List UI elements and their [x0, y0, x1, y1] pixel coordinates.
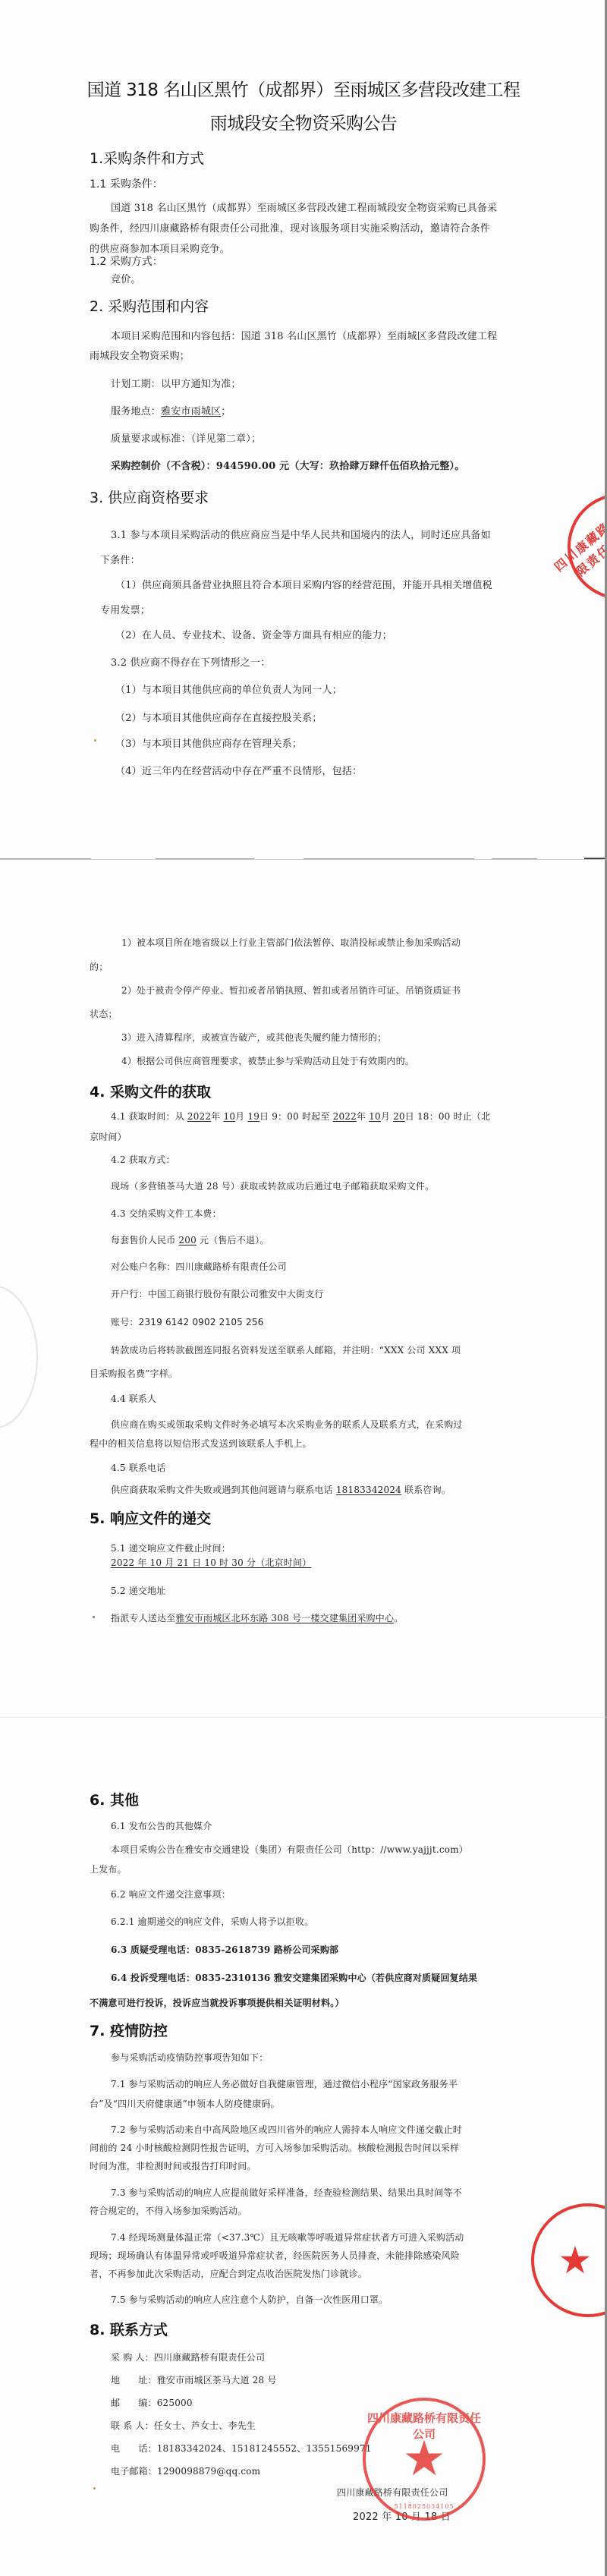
unit-month: 月 [235, 1111, 244, 1122]
start-day: 19 [247, 1111, 259, 1122]
exclusion-1: （1）与本项目其他供应商的单位负责人为同一人； [115, 682, 342, 696]
contact-note: 程中的相关信息将以短信形式发送到该联系人手机上。 [90, 1437, 312, 1450]
requirement-1: （1）供应商须具备营业执照且符合本项目采购内容的经营范围，并能开具相关增值税 [115, 577, 492, 591]
contact-phone-prefix: 供应商获取采购文件失败或遇到其他问题请与联系电话 [111, 1485, 336, 1495]
scope-text: 雨城段安全物资采购； [90, 348, 190, 362]
location-value: 雅安市雨城区 [161, 406, 221, 417]
account-name: 四川康藏路桥有限责任公司 [175, 1261, 286, 1272]
fee-suffix: 元（售后不退）。 [197, 1235, 269, 1245]
section-3-1-text: 下条件： [100, 552, 140, 566]
scope-text: 本项目采购范围和内容包括：国道 318 名山区黑竹（成都界）至雨城区多营段改建工… [111, 328, 497, 342]
contact-person-label: 联 系 人： [111, 2420, 154, 2431]
email-row: 电子邮箱：1290098879@qq.com [111, 2464, 260, 2477]
account-number: 2319 6142 0902 2105 256 [139, 1317, 264, 1327]
account-number-row: 账号：2319 6142 0902 2105 256 [111, 1315, 264, 1328]
section-8-heading: 8. 联系方式 [90, 2319, 168, 2339]
phone-row: 电 话：18183342024、15181245552、13551569971 [111, 2442, 372, 2455]
seal-star-icon: ★ [402, 2435, 445, 2483]
bad-conduct-2: 状态； [90, 1007, 118, 1020]
account-number-label: 账号： [111, 1317, 139, 1327]
postcode-row: 邮 编：625000 [111, 2396, 193, 2409]
section-3-2-text: 3.2 供应商不得存在下列情形之一： [111, 654, 270, 669]
schedule-row: 计划工期：以甲方通知为准； [111, 376, 241, 390]
seal-text: 四川康藏路桥有限责任公司 [549, 499, 607, 590]
end-month: 10 [369, 1111, 381, 1122]
company-seal: 四川康藏路桥有限责任公司 ★ 5118025034105 [363, 2398, 486, 2521]
epidemic-rule-2: 间前的 24 小时核酸检测阴性报告证明，方可入场参加采购活动。核酸检测报告时间以… [90, 2141, 459, 2154]
bank-label: 开户行： [111, 1289, 148, 1299]
section-4-4-label: 4.4 联系人 [111, 1392, 156, 1405]
email-label: 电子邮箱： [111, 2466, 157, 2477]
seal-star-icon: ★ [558, 2241, 593, 2279]
price-row: 采购控制价（不含税）：944590.00 元（大写：玖拾肆万肆仟伍佰玖拾元整）。 [111, 458, 464, 472]
company-seal-partial: 四川康藏路桥有限责任公司 [568, 493, 607, 600]
bad-conduct-1: 1）被本项目所在地省级以上行业主管部门依法暂停、取消投标或禁止参加采购活动 [121, 936, 461, 949]
bad-conduct-1: 的； [90, 960, 108, 973]
location-suffix: ； [221, 406, 231, 417]
location-label: 服务地点： [111, 406, 161, 417]
exclusion-2: （2）与本项目其他供应商存在直接控股关系； [115, 710, 322, 724]
epidemic-rule-3: 7.3 参与采购活动的响应人应提前做好采样准备，经查验检测结果、结果出具时间等不 [111, 2186, 462, 2199]
section-4-2-label: 4.2 获取方式： [111, 1153, 175, 1166]
address-row: 地 址：雅安市雨城区茶马大道 28 号 [111, 2373, 277, 2386]
section-6-1-label: 6.1 发布公告的其他媒介 [111, 1819, 212, 1832]
requirement-2: （2）在人员、专业技术、设备、资金等方面具有相应的能力； [115, 627, 392, 641]
fee-row: 每套售价人民币 200 元（售后不退）。 [111, 1233, 269, 1246]
end-year: 2022 [333, 1111, 357, 1122]
start-year: 2022 [187, 1111, 211, 1122]
submission-address-prefix: 指派专人送达至 [111, 1613, 175, 1623]
start-month: 10 [223, 1111, 235, 1122]
contact-phone: 18183342024 [336, 1485, 401, 1495]
section-3-heading: 3. 供应商资格要求 [90, 487, 209, 507]
seal-code: 5118025034105 [366, 2503, 483, 2510]
acquisition-time: 4.1 获取时间：从 2022年 10月 19日 9：00 时起至 2022年 … [111, 1110, 490, 1123]
section-4-heading: 4. 采购文件的获取 [90, 1081, 211, 1101]
fee-prefix: 每套售价人民币 [111, 1235, 178, 1245]
complaint-phone: 不满意可进行投诉，投诉应当就投诉事项提供相关证明材料。） [90, 1996, 344, 2009]
submission-address-suffix: 。 [394, 1613, 403, 1623]
phone-label: 电 话： [111, 2443, 157, 2454]
purchaser-row: 采 购 人：四川康藏路桥有限责任公司 [111, 2351, 265, 2363]
section-3-1-text: 3.1 参与本项目采购活动的供应商应当是中华人民共和国境内的法人，同时还应具备如 [111, 527, 491, 541]
unit-day: 日 [405, 1111, 414, 1122]
section-2-heading: 2. 采购范围和内容 [90, 295, 209, 316]
contact-person-row: 联 系 人：任女士、芦女士、李先生 [111, 2419, 256, 2432]
epidemic-rule-1: 台”及“四川天府健康通”申领本人防疫健康码。 [90, 2097, 280, 2110]
acquisition-method: 现场（多营镇茶马大道 28 号）获取或转款成功后通过电子邮箱获取采购文件。 [111, 1179, 434, 1192]
section-1-1-label: 1.1 采购条件： [90, 176, 163, 191]
late-submission-note: 6.2.1 逾期递交的响应文件，采购人将予以拒收。 [111, 1915, 313, 1928]
section-6-heading: 6. 其他 [90, 1789, 139, 1809]
section-1-1-text: 国道 318 名山区黑竹（成都界）至雨城区多营段改建工程雨城段安全物资采购已具备… [111, 200, 497, 214]
contact-note: 供应商在购买或领取采购文件时务必填写本次采购业务的联系人及联系方式，在采购过 [111, 1418, 463, 1431]
epidemic-rule-1: 7.1 参与采购活动的响应人务必做好自我健康管理，通过微信小程序“国家政务服务平 [111, 2077, 458, 2090]
location-row: 服务地点：雅安市雨城区； [111, 403, 231, 417]
requirement-1: 专用发票； [100, 602, 150, 616]
section-1-1-text: 购条件，经四川康藏路桥有限责任公司批准，现对该服务项目实施采购活动，邀请符合条件 [90, 220, 490, 235]
bad-conduct-4: 4）根据公司供应商管理要求，被禁止参与采购活动且处于有效期内的。 [121, 1054, 414, 1067]
acquisition-time: 京时间） [90, 1130, 127, 1143]
section-1-heading: 1.采购条件和方式 [90, 147, 204, 168]
submission-address: 雅安市雨城区北环东路 308 号一楼交建集团采购中心 [175, 1613, 394, 1623]
epidemic-rule-4: 7.4 经现场测量体温正常（<37.3℃）且无咳嗽等呼吸道异常症状者方可进入采购… [111, 2231, 464, 2244]
scan-speck [94, 739, 96, 742]
section-1-2-value: 竞价。 [111, 271, 141, 285]
quality-row: 质量要求或标准：（详见第二章）； [111, 430, 261, 445]
complaint-phone: 6.4 投诉受理电话：0835-2310136 雅安交建集团采购中心（若供应商对… [111, 1971, 477, 1984]
section-6-2-label: 6.2 响应文件递交注意事项： [111, 1888, 231, 1901]
scan-speck [93, 1616, 95, 1618]
document-page-1: 国道 318 名山区黑竹（成都界）至雨城区多营段改建工程 雨城段安全物资采购公告… [0, 0, 607, 859]
schedule-label: 计划工期： [111, 379, 161, 390]
unit-day: 日 [259, 1111, 269, 1122]
epidemic-rule-3: 符合规定的，不得入场参加采购活动。 [90, 2204, 247, 2217]
document-title-line-2: 雨城段安全物资采购公告 [0, 109, 607, 134]
document-title-line-1: 国道 318 名山区黑竹（成都界）至雨城区多营段改建工程 [0, 76, 607, 101]
end-time: 18：00 时止（北 [417, 1111, 490, 1122]
section-5-heading: 5. 响应文件的递交 [90, 1507, 211, 1528]
exclusion-3: （3）与本项目其他供应商存在管理关系； [115, 735, 302, 750]
epidemic-rule-4: 者，不再参加此次采购活动，应配合到定点收治医院发热门诊就诊。 [90, 2267, 367, 2280]
purchaser-label: 采 购 人： [111, 2352, 154, 2363]
section-5-1-label: 5.1 递交响应文件截止时间： [111, 1542, 231, 1554]
document-page-2: 1）被本项目所在地省级以上行业主管部门依法暂停、取消投标或禁止参加采购活动 的；… [0, 859, 607, 1717]
email-value: 1290098879@qq.com [157, 2466, 260, 2477]
bank-row: 开户行：中国工商银行股份有限公司雅安中大街支行 [111, 1287, 324, 1300]
contact-phone-suffix: 联系咨询。 [401, 1485, 451, 1495]
epidemic-rule-2: 时间为准，非检测时间或报告打印时间。 [90, 2159, 256, 2172]
faint-seal-impression [0, 1285, 38, 1429]
inquiry-phone: 6.3 质疑受理电话：0835-2618739 路桥公司采购部 [111, 1943, 338, 1956]
epidemic-rule-5: 7.5 参与采购活动的响应人应注意个人防护，自备一次性医用口罩。 [111, 2293, 388, 2306]
postcode-label: 邮 编： [111, 2398, 157, 2408]
quality-value: （详见第二章）； [191, 433, 262, 445]
start-time: 9：00 时起至 [272, 1111, 332, 1122]
scan-speck [93, 2487, 96, 2489]
epidemic-intro: 参与采购活动疫情防控事项告知如下： [111, 2051, 268, 2064]
unit-year: 年 [211, 1111, 220, 1122]
company-seal-partial: ★ [531, 2203, 607, 2317]
purchaser-value: 四川康藏路桥有限责任公司 [154, 2352, 265, 2363]
epidemic-rule-2: 7.2 参与采购活动来自中高风险地区或四川省外的响应人需持本人响应文件递交截止时 [111, 2123, 462, 2136]
address-label: 地 址： [111, 2375, 157, 2385]
account-name-label: 对公账户名称： [111, 1261, 175, 1272]
end-day: 20 [393, 1111, 405, 1122]
bad-conduct-3: 3）进入清算程序，或被宣告破产，或其他丧失履约能力情形的； [121, 1031, 386, 1044]
submission-deadline: 2022 年 10 月 21 日 10 时 30 分（北京时间） [111, 1556, 311, 1569]
bank-name: 中国工商银行股份有限公司雅安中大街支行 [148, 1289, 324, 1299]
phone-value: 18183342024、15181245552、13551569971 [157, 2443, 372, 2454]
exclusion-4: （4）近三年内在经营活动中存在严重不良情形，包括： [115, 763, 362, 777]
epidemic-rule-4: 现场；现场确认有体温异常或呼吸道异常症状者，经医院医务人员排查，未能排除感染风险 [90, 2249, 460, 2262]
acquisition-time-label: 4.1 获取时间：从 [111, 1111, 187, 1122]
price-label: 采购控制价（不含税）： [111, 461, 216, 472]
section-4-3-label: 4.3 交纳采购文件工本费： [111, 1207, 222, 1220]
transfer-note: 转款成功后将转款截图连同报名资料发送至联系人邮箱，并注明：“XXX 公司 XXX… [111, 1343, 461, 1356]
publication-media: 本项目采购公告在雅安市交通建设（集团）有限责任公司（http：//www.yaj… [111, 1843, 468, 1856]
document-page-3: 6. 其他 6.1 发布公告的其他媒介 本项目采购公告在雅安市交通建设（集团）有… [0, 1717, 607, 2576]
bad-conduct-2: 2）处于被责令停产停业、暂扣或者吊销执照、暂扣或者吊销许可证、吊销资质证书 [121, 984, 461, 997]
contact-phone-row: 供应商获取采购文件失败或遇到其他问题请与联系电话 18183342024 联系咨… [111, 1483, 451, 1496]
section-1-2-label: 1.2 采购方式： [90, 254, 163, 269]
section-7-heading: 7. 疫情防控 [90, 2020, 168, 2040]
fee-amount: 200 [178, 1235, 197, 1245]
unit-year: 年 [357, 1111, 366, 1122]
section-5-2-label: 5.2 递交地址 [111, 1584, 166, 1597]
postcode-value: 625000 [157, 2398, 193, 2408]
address-value: 雅安市雨城区茶马大道 28 号 [157, 2375, 277, 2385]
section-4-5-label: 4.5 联系电话 [111, 1461, 166, 1474]
contact-person-value: 任女士、芦女士、李先生 [154, 2420, 256, 2431]
unit-month: 月 [381, 1111, 390, 1122]
schedule-value: 以甲方通知为准； [161, 379, 241, 390]
transfer-note: 目采购报名费”字样。 [90, 1367, 178, 1380]
quality-label: 质量要求或标准： [111, 433, 191, 445]
submission-address-row: 指派专人送达至雅安市雨城区北环东路 308 号一楼交建集团采购中心。 [111, 1611, 403, 1624]
account-name-row: 对公账户名称：四川康藏路桥有限责任公司 [111, 1260, 287, 1273]
publication-media: 上发布。 [90, 1863, 127, 1875]
price-value: 944590.00 元（大写：玖拾肆万肆仟伍佰玖拾元整）。 [216, 461, 465, 472]
